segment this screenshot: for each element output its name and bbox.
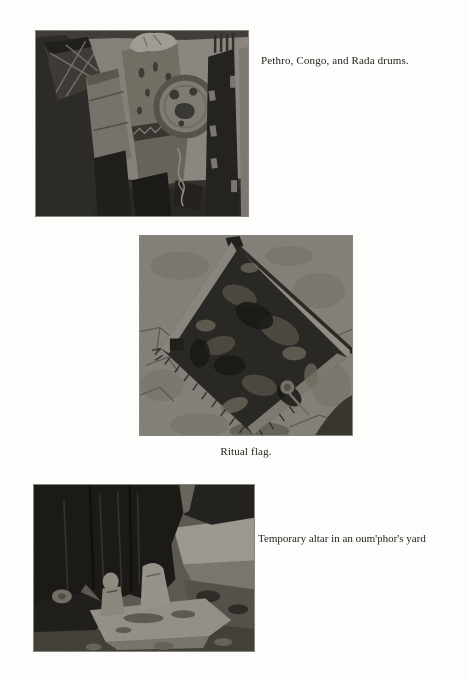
- drums-photo: [35, 30, 249, 217]
- ritual-flag-photo-art: [140, 236, 352, 435]
- altar-photo-art: [34, 485, 254, 651]
- altar-caption: Temporary altar in an oum'phor's yard: [258, 533, 426, 547]
- altar-photo: [33, 484, 255, 652]
- drums-photo-art: [36, 31, 248, 216]
- drums-caption: Pethro, Congo, and Rada drums.: [261, 55, 409, 69]
- ritual-flag-caption: Ritual flag.: [139, 446, 353, 460]
- book-page: Pethro, Congo, and Rada drums.: [0, 0, 468, 680]
- ritual-flag-photo: [139, 235, 353, 436]
